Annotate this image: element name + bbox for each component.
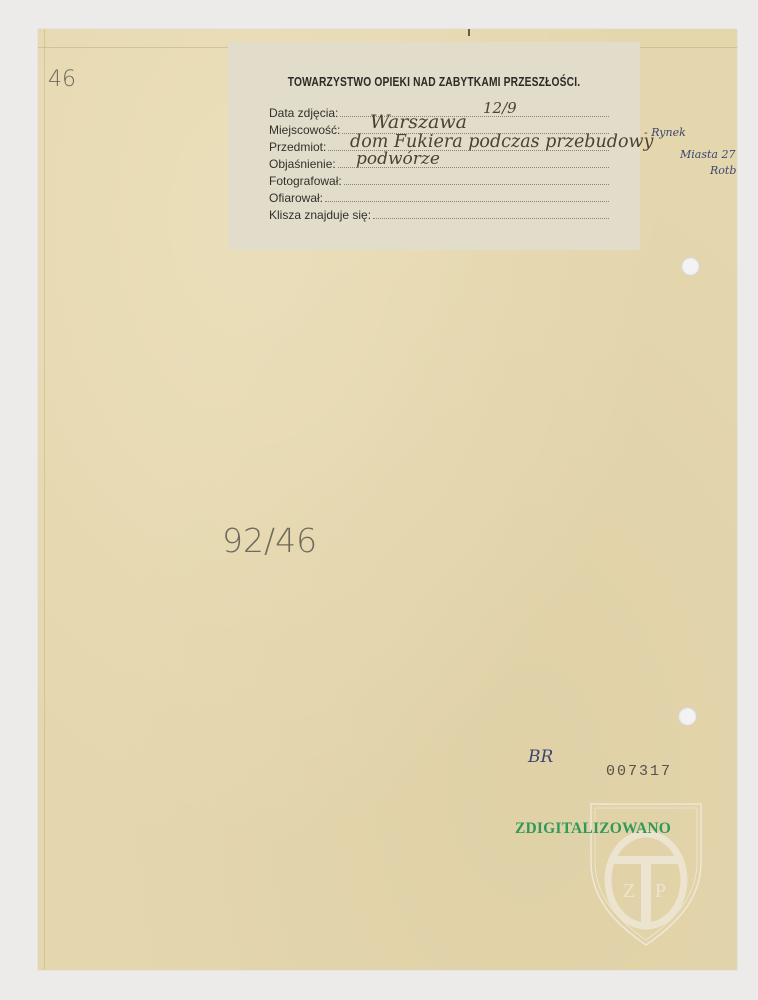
- field-label: Przedmiot:: [269, 140, 326, 154]
- tick-mark: [468, 29, 470, 36]
- margin-note-line2: Miasta 27: [680, 148, 735, 161]
- field-photographer: Fotografował:: [269, 172, 609, 188]
- margin-note-line3: Rotb: [710, 164, 736, 177]
- page-margin-line: [44, 29, 45, 970]
- catalog-number: 92/46: [222, 521, 317, 560]
- punch-hole-top: [681, 257, 700, 276]
- field-negative-location: Klisza znajduje się:: [269, 206, 609, 222]
- field-label: Data zdjęcia:: [269, 106, 338, 120]
- initials: BR: [528, 747, 553, 767]
- field-label: Klisza znajduje się:: [269, 208, 371, 222]
- date-value: 12/9: [483, 99, 517, 117]
- field-label: Fotografował:: [269, 174, 342, 188]
- margin-note-line1: - Rynek: [644, 126, 686, 139]
- location-value: Warszawa: [370, 111, 467, 133]
- label-card: TOWARZYSTWO OPIEKI NAD ZABYTKAMI PRZESZŁ…: [228, 42, 640, 250]
- svg-text:Z: Z: [623, 880, 635, 902]
- punch-hole-bottom: [678, 707, 697, 726]
- description-value: podwórze: [356, 149, 440, 169]
- archive-page: 46 TOWARZYSTWO OPIEKI NAD ZABYTKAMI PRZE…: [38, 29, 737, 970]
- field-label: Miejscowość:: [269, 123, 340, 137]
- corner-note: 46: [48, 67, 76, 92]
- field-label: Objaśnienie:: [269, 157, 336, 171]
- card-title: TOWARZYSTWO OPIEKI NAD ZABYTKAMI PRZESZŁ…: [265, 75, 603, 89]
- field-donor: Ofiarował:: [269, 189, 609, 205]
- digitized-stamp: ZDIGITALIZOWANO: [515, 820, 671, 838]
- svg-text:P: P: [655, 880, 666, 902]
- field-label: Ofiarował:: [269, 191, 323, 205]
- serial-number: 007317: [606, 763, 672, 780]
